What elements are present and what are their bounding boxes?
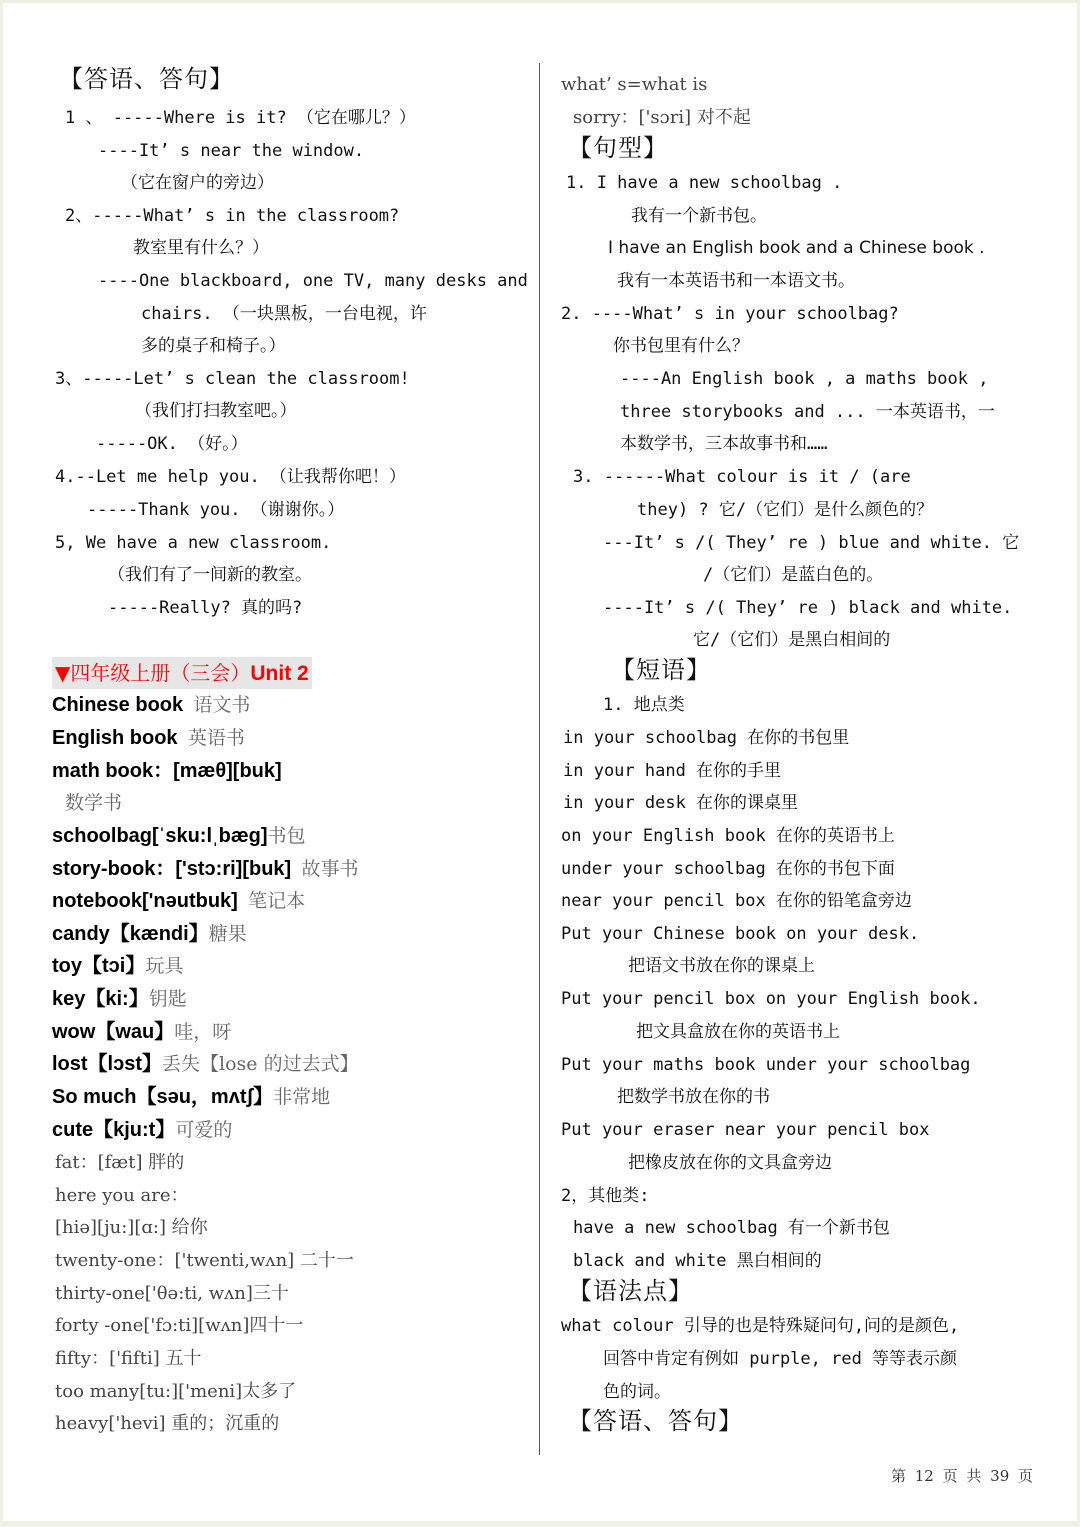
phrase-subheading: 1. 地点类 xyxy=(603,693,685,717)
phrase-line: 把数学书放在你的书 xyxy=(617,1085,770,1109)
dialog-line: 4.--Let me help you. （让我帮你吧！） xyxy=(55,465,406,489)
phrase-subheading: 2，其他类: xyxy=(561,1184,649,1208)
phrase-line: Put your maths book under your schoolbag xyxy=(561,1053,970,1077)
dialog-line: （它在窗户的旁边） xyxy=(121,171,274,195)
dialog-line: 5, We have a new classroom. xyxy=(55,531,331,555)
pattern-line: ---It’ s /( They’ re ) blue and white. 它 xyxy=(603,531,1019,555)
vocab-plain-item: forty -one['fɔ:ti][wʌn]四十一 xyxy=(55,1314,303,1338)
section-heading-phrases: 【短语】 xyxy=(611,658,711,682)
vocab-item: English book 英语书 xyxy=(52,726,245,751)
vocab-item: lost【lɔst】丢失【lose 的过去式】 xyxy=(52,1052,359,1077)
grammar-line: 回答中肯定有例如 purple, red 等等表示颜 xyxy=(603,1347,957,1371)
phrase-line: in your schoolbag 在你的书包里 xyxy=(563,726,849,750)
phrase-line: black and white 黑白相间的 xyxy=(573,1249,822,1273)
dialog-line: 教室里有什么？） xyxy=(133,236,269,260)
vocab-plain-item: twenty-one：['twenti,wʌn] 二十一 xyxy=(55,1249,354,1273)
pattern-line: 我有一本英语书和一本语文书。 xyxy=(617,269,855,293)
pattern-line: I have an English book and a Chinese boo… xyxy=(608,236,985,260)
vocab-plain-item: here you are： xyxy=(55,1184,189,1208)
vocab-item: math book：[mæθ][buk] xyxy=(52,759,282,784)
grammar-line: what colour 引导的也是特殊疑问句,问的是颜色, xyxy=(561,1314,959,1338)
dialog-line: -----OK. （好。） xyxy=(96,432,248,456)
column-divider xyxy=(539,63,540,1455)
section-heading-answers: 【答语、答句】 xyxy=(59,67,234,91)
section-heading-grammar: 【语法点】 xyxy=(568,1279,693,1303)
page-number: 第 12 页 共 39 页 xyxy=(891,1465,1033,1486)
dialog-line: 1 、 -----Where is it? （它在哪儿？） xyxy=(65,106,416,130)
pattern-line: three storybooks and ... 一本英语书，一 xyxy=(620,400,995,424)
pattern-line: ----It’ s /( They’ re ) black and white. xyxy=(603,596,1012,620)
dialog-line: chairs. （一块黑板，一台电视，许 xyxy=(141,302,427,326)
dialog-line: ----One blackboard, one TV, many desks a… xyxy=(98,269,528,293)
vocab-item: story-book：['stɔ:ri][buk] 故事书 xyxy=(52,857,358,882)
vocab-item: 数学书 xyxy=(65,791,122,816)
grammar-line: 色的词。 xyxy=(603,1380,671,1404)
pattern-line: 1. I have a new schoolbag . xyxy=(566,171,842,195)
phrase-line: 把语文书放在你的课桌上 xyxy=(628,954,815,978)
phrase-line: Put your eraser near your pencil box xyxy=(561,1118,929,1142)
dialog-line: -----Really? 真的吗? xyxy=(108,596,302,620)
unit-title-en: Unit 2 xyxy=(250,662,308,685)
dialog-line: 3、-----Let’ s clean the classroom! xyxy=(55,367,410,391)
vocab-item: key【ki:】钥匙 xyxy=(52,987,187,1012)
dialog-line: （我们有了一间新的教室。 xyxy=(108,563,312,587)
dialog-line: （我们打扫教室吧。） xyxy=(135,399,297,423)
phrase-line: 把橡皮放在你的文具盒旁边 xyxy=(628,1151,832,1175)
vocab-item: cute【kju:t】可爱的 xyxy=(52,1118,232,1143)
phrase-line: in your hand 在你的手里 xyxy=(563,759,781,783)
pattern-line: 我有一个新书包。 xyxy=(631,204,767,228)
pattern-line: ----An English book , a maths book , xyxy=(620,367,988,391)
vocab-item: notebook['nəutbuk] 笔记本 xyxy=(52,889,305,914)
phrase-line: in your desk 在你的课桌里 xyxy=(563,791,798,815)
vocab-plain-item: thirty-one['θə:ti, wʌn]三十 xyxy=(55,1282,289,1306)
section-heading-sentence-patterns: 【句型】 xyxy=(568,136,668,160)
vocab-item: Chinese book 语文书 xyxy=(52,693,250,718)
dialog-line: 2、-----What’ s in the classroom? xyxy=(65,204,399,228)
pattern-line: 你书包里有什么？ xyxy=(613,334,749,358)
phrase-line: have a new schoolbag 有一个新书包 xyxy=(573,1216,890,1240)
pattern-line: 3. ------What colour is it / (are xyxy=(573,465,911,489)
vocab-plain-item: [hiə][ju:][ɑ:] 给你 xyxy=(55,1216,208,1240)
note-line: what’ s=what is xyxy=(561,73,707,97)
pattern-line: 2. ----What’ s in your schoolbag? xyxy=(561,302,899,326)
dialog-line: 多的桌子和椅子。） xyxy=(141,334,286,358)
vocab-plain-item: heavy['hevi] 重的；沉重的 xyxy=(55,1412,279,1436)
note-line: sorry：['sɔri] 对不起 xyxy=(573,106,751,130)
unit-banner: ▼四年级上册（三会）Unit 2 xyxy=(52,657,312,689)
dialog-line: ----It’ s near the window. xyxy=(98,139,364,163)
document-page: 【答语、答句】 1 、 -----Where is it? （它在哪儿？） --… xyxy=(3,3,1077,1521)
vocab-item: wow【wau】哇，呀 xyxy=(52,1020,231,1045)
unit-title-cn: 四年级上册（三会） xyxy=(70,661,250,685)
phrase-line: under your schoolbag 在你的书包下面 xyxy=(561,857,895,881)
phrase-line: near your pencil box 在你的铅笔盒旁边 xyxy=(561,889,912,913)
vocab-plain-item: fifty：['fifti] 五十 xyxy=(55,1347,201,1371)
phrase-line: Put your Chinese book on your desk. xyxy=(561,922,919,946)
vocab-item: So much【səu，mʌtʃ】非常地 xyxy=(52,1085,330,1110)
vocab-item: toy【tɔi】玩具 xyxy=(52,954,183,979)
dialog-line: -----Thank you. （谢谢你。） xyxy=(87,498,344,522)
phrase-line: on your English book 在你的英语书上 xyxy=(561,824,895,848)
vocab-plain-item: too many[tu:]['meni]太多了 xyxy=(55,1380,296,1404)
vocab-item: candy【kændi】糖果 xyxy=(52,922,247,947)
phrase-line: 把文具盒放在你的英语书上 xyxy=(636,1020,840,1044)
pattern-line: 本数学书，三本故事书和…… xyxy=(620,432,827,456)
pattern-line: 它/（它们）是黑白相间的 xyxy=(693,628,890,652)
vocab-item: schoolbag[ˈsku:lˌbæg]书包 xyxy=(52,824,306,849)
vocab-plain-item: fat：[fæt] 胖的 xyxy=(55,1151,184,1175)
triangle-marker-icon: ▼ xyxy=(55,661,70,685)
pattern-line: /（它们）是蓝白色的。 xyxy=(703,563,883,587)
pattern-line: they) ? 它/（它们）是什么颜色的？ xyxy=(637,498,933,522)
phrase-line: Put your pencil box on your English book… xyxy=(561,987,981,1011)
section-heading-answers-2: 【答语、答句】 xyxy=(568,1409,743,1433)
